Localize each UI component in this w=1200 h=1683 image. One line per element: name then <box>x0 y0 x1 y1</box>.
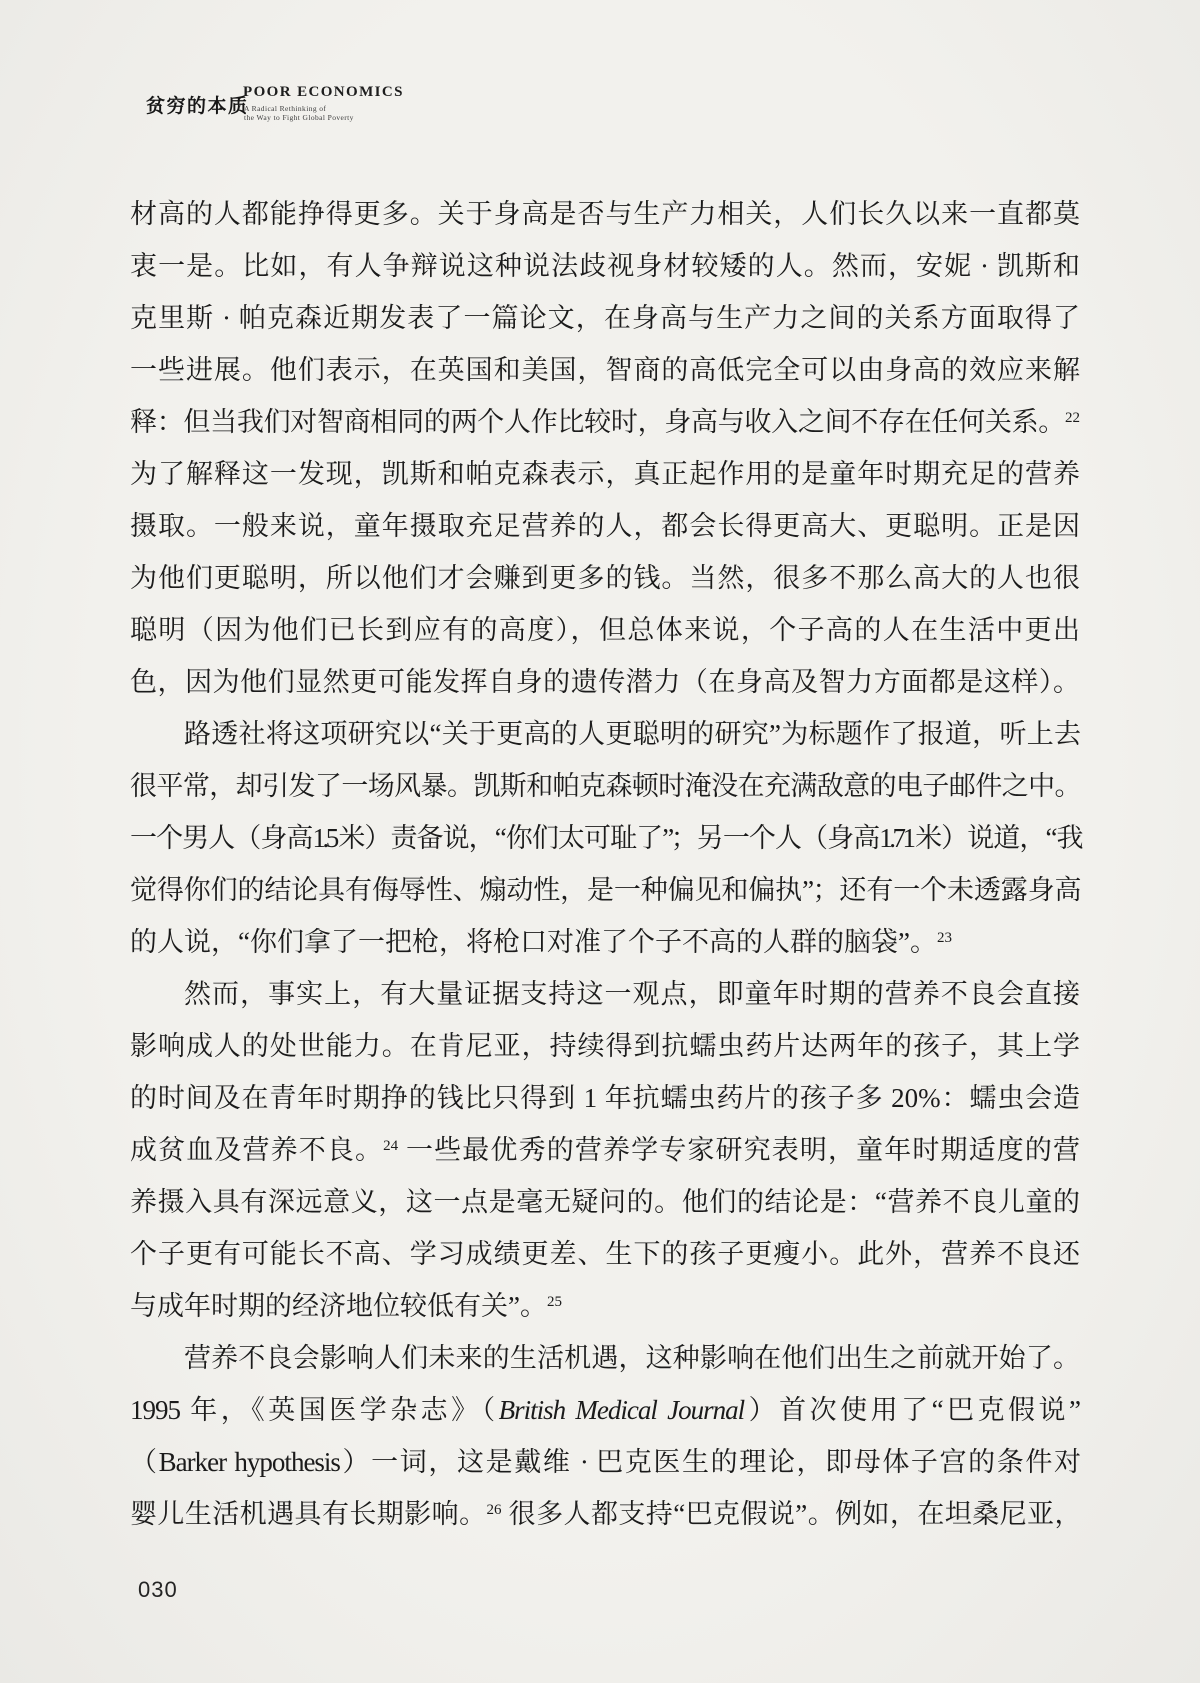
text-line: 一些进展。他们表示，在英国和美国，智商的高低完全可以由身高的效应来解 <box>130 344 1080 396</box>
text-line: 很平常，却引发了一场风暴。凯斯和帕克森顿时淹没在充满敌意的电子邮件之中。 <box>130 760 1080 812</box>
line-text: 1995 年，《英国医学杂志》（ <box>130 1395 499 1425</box>
book-subtitle-line2: the Way to Fight Global Poverty <box>244 113 354 122</box>
footnote-ref: 25 <box>547 1294 562 1310</box>
text-line: 婴儿生活机遇具有长期影响。26 很多人都支持“巴克假说”。例如，在坦桑尼亚， <box>130 1488 1080 1540</box>
line-text: 一些最优秀的营养学专家研究表明，童年时期适度的营 <box>398 1135 1080 1165</box>
book-title-english: POOR ECONOMICS <box>243 84 404 101</box>
line-text: 释：但当我们对智商相同的两个人作比较时，身高与收入之间不存在任何关系。 <box>130 407 1065 437</box>
text-line: 一个男人（身高1.5米）责备说，“你们太可耻了”；另一个人（身高1.71米）说道… <box>130 812 1080 864</box>
text-line: 聪明（因为他们已长到应有的高度），但总体来说，个子高的人在生活中更出 <box>130 604 1080 656</box>
book-title-chinese: 贫穷的本质 <box>146 91 249 118</box>
text-line: 营养不良会影响人们未来的生活机遇，这种影响在他们出生之前就开始了。 <box>130 1332 1080 1384</box>
text-line: 材高的人都能挣得更多。关于身高是否与生产力相关，人们长久以来一直都莫 <box>130 188 1080 240</box>
book-page: 贫穷的本质 POOR ECONOMICS A Radical Rethinkin… <box>0 0 1200 1683</box>
text-line: 为了解释这一发现，凯斯和帕克森表示，真正起作用的是童年时期充足的营养 <box>130 448 1080 500</box>
text-line: 的人说，“你们拿了一把枪，将枪口对准了个子不高的人群的脑袋”。23 <box>130 916 1080 968</box>
text-line: 释：但当我们对智商相同的两个人作比较时，身高与收入之间不存在任何关系。22 <box>130 396 1080 448</box>
text-line: 养摄入具有深远意义，这一点是毫无疑问的。他们的结论是：“营养不良儿童的 <box>130 1176 1080 1228</box>
text-line: 觉得你们的结论具有侮辱性、煽动性，是一种偏见和偏执”；还有一个未透露身高 <box>130 864 1080 916</box>
journal-name-italic: British Medical Journal <box>499 1395 744 1425</box>
footnote-ref: 24 <box>383 1138 398 1154</box>
text-line: 个子更有可能长不高、学习成绩更差、生下的孩子更瘦小。此外，营养不良还 <box>130 1228 1080 1280</box>
text-line: 的时间及在青年时期挣的钱比只得到 1 年抗蠕虫药片的孩子多 20%：蠕虫会造 <box>130 1072 1080 1124</box>
text-line: 色，因为他们显然更可能发挥自身的遗传潜力（在身高及智力方面都是这样）。 <box>130 656 1080 708</box>
text-line: 1995 年，《英国医学杂志》（British Medical Journal）… <box>130 1384 1080 1436</box>
line-text: 成贫血及营养不良。 <box>130 1135 383 1165</box>
line-text: ）首次使用了“巴克假说” <box>744 1395 1080 1425</box>
line-text: 婴儿生活机遇具有长期影响。 <box>130 1499 487 1529</box>
text-line: 克里斯 · 帕克森近期发表了一篇论文，在身高与生产力之间的关系方面取得了 <box>130 292 1080 344</box>
text-line: 与成年时期的经济地位较低有关”。25 <box>130 1280 1080 1332</box>
footnote-ref: 22 <box>1065 410 1080 426</box>
line-text: 与成年时期的经济地位较低有关”。 <box>130 1291 547 1321</box>
text-line: 成贫血及营养不良。24 一些最优秀的营养学专家研究表明，童年时期适度的营 <box>130 1124 1080 1176</box>
text-line: 为他们更聪明，所以他们才会赚到更多的钱。当然，很多不那么高大的人也很 <box>130 552 1080 604</box>
footnote-ref: 23 <box>937 930 952 946</box>
footnote-ref: 26 <box>487 1502 502 1518</box>
text-line: 衷一是。比如，有人争辩说这种说法歧视身材较矮的人。然而，安妮 · 凯斯和 <box>130 240 1080 292</box>
text-line: 摄取。一般来说，童年摄取充足营养的人，都会长得更高大、更聪明。正是因 <box>130 500 1080 552</box>
page-number: 030 <box>138 1577 178 1603</box>
line-text: 很多人都支持“巴克假说”。例如，在坦桑尼亚， <box>502 1499 1081 1529</box>
book-subtitle-line1: A Radical Rethinking of <box>244 104 326 113</box>
text-line: 然而，事实上，有大量证据支持这一观点，即童年时期的营养不良会直接 <box>130 968 1080 1020</box>
text-line: （Barker hypothesis）一词，这是戴维 · 巴克医生的理论，即母体… <box>130 1436 1080 1488</box>
text-line: 影响成人的处世能力。在肯尼亚，持续得到抗蠕虫药片达两年的孩子，其上学 <box>130 1020 1080 1072</box>
body-text: 材高的人都能挣得更多。关于身高是否与生产力相关，人们长久以来一直都莫 衷一是。比… <box>130 188 1080 1540</box>
line-text: 的人说，“你们拿了一把枪，将枪口对准了个子不高的人群的脑袋”。 <box>130 927 937 957</box>
text-line: 路透社将这项研究以“关于更高的人更聪明的研究”为标题作了报道，听上去 <box>130 708 1080 760</box>
